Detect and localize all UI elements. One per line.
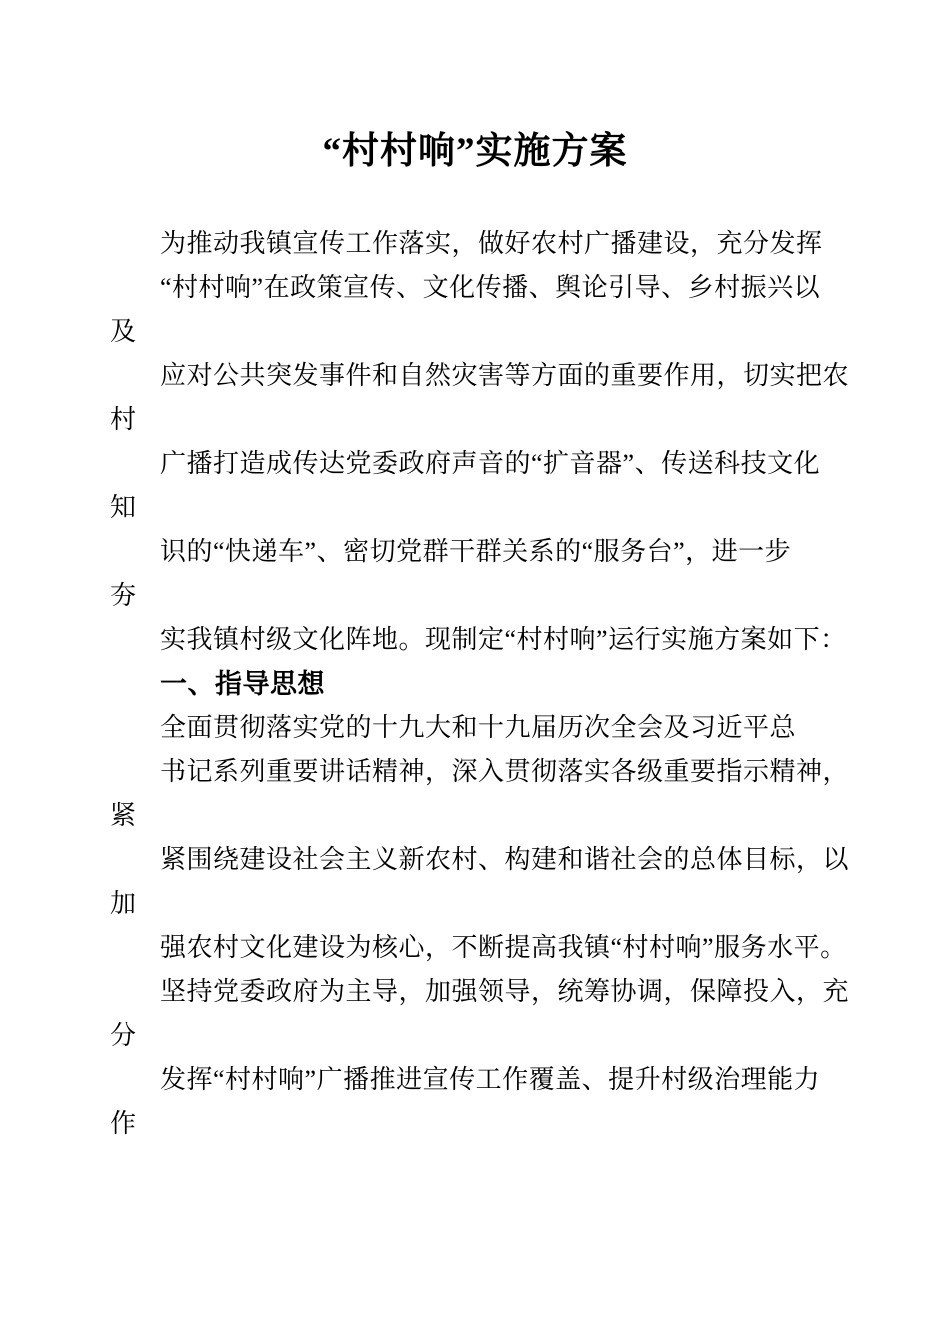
text-line: 加 [110,882,890,926]
document-body: 为推动我镇宣传工作落实，做好农村广播建设，充分发挥 “村村响”在政策宣传、文化传… [110,222,890,1146]
text-line: 为推动我镇宣传工作落实，做好农村广播建设，充分发挥 [110,222,890,266]
text-line: 紧围绕建设社会主义新农村、构建和谐社会的总体目标，以 [110,838,890,882]
text-line: 应对公共突发事件和自然灾害等方面的重要作用，切实把农 [110,354,890,398]
text-line: 实我镇村级文化阵地。现制定“村村响”运行实施方案如下： [110,618,890,662]
section-heading: 一、指导思想 [110,662,890,706]
text-line: 村 [110,398,890,442]
text-line: 夯 [110,574,890,618]
text-line: 知 [110,486,890,530]
text-line: 广播打造成传达党委政府声音的“扩音器”、传送科技文化 [110,442,890,486]
text-line: 全面贯彻落实党的十九大和十九届历次全会及习近平总 [110,706,890,750]
document-title: “村村响”实施方案 [0,124,950,180]
text-line: 分 [110,1014,890,1058]
text-line: 作 [110,1102,890,1146]
text-line: 识的“快递车”、密切党群干群关系的“服务台”，进一步 [110,530,890,574]
text-line: 紧 [110,794,890,838]
text-line: 书记系列重要讲话精神，深入贯彻落实各级重要指示精神， [110,750,890,794]
text-line: 及 [110,310,890,354]
text-line: 发挥“村村响”广播推进宣传工作覆盖、提升村级治理能力 [110,1058,890,1102]
document-page: “村村响”实施方案 为推动我镇宣传工作落实，做好农村广播建设，充分发挥 “村村响… [0,0,950,1344]
text-line: “村村响”在政策宣传、文化传播、舆论引导、乡村振兴以 [110,266,890,310]
text-line: 强农村文化建设为核心，不断提高我镇“村村响”服务水平。 [110,926,890,970]
text-line: 坚持党委政府为主导，加强领导，统筹协调，保障投入，充 [110,970,890,1014]
